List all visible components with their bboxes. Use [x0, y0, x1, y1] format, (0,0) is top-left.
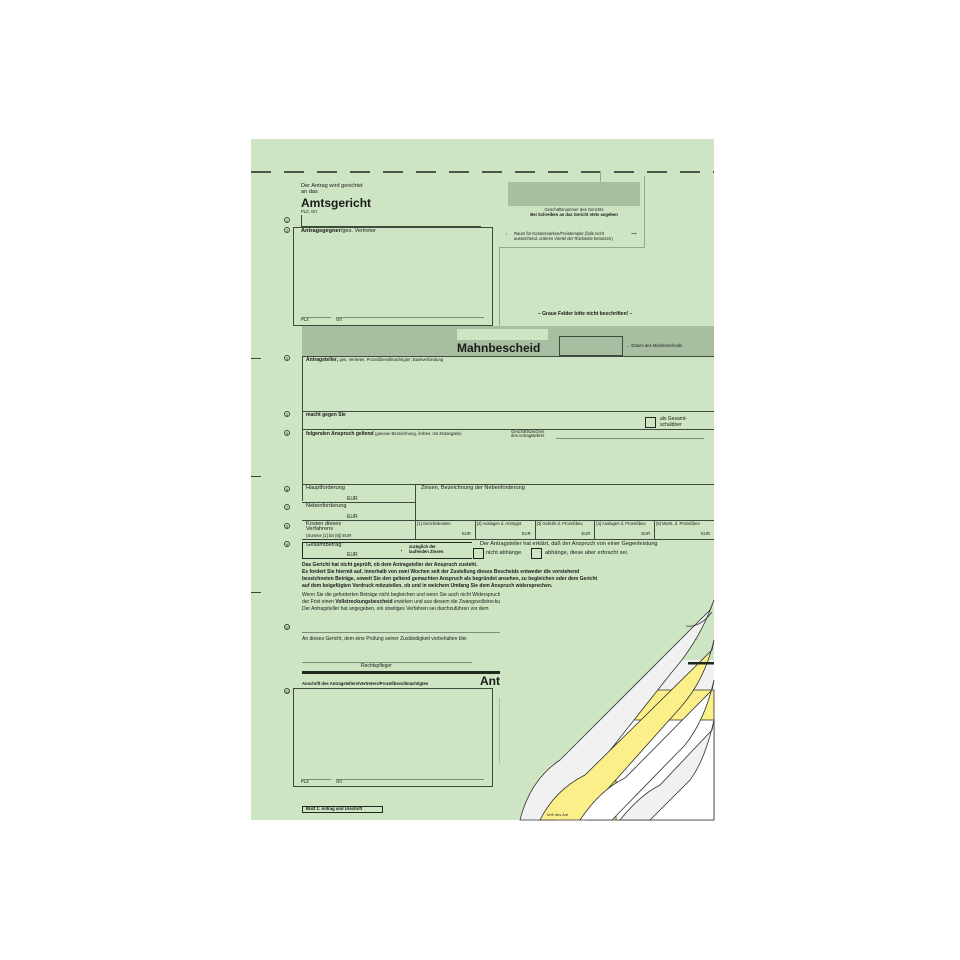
notice-line6: der Frist einen Vollstreckungsbescheid e… [302, 600, 529, 605]
notice-line6-bold: Vollstreckungsbescheid [335, 599, 392, 605]
cost-column-label: [3] Gebühr d. Prozeßbev. [537, 522, 584, 526]
divider [499, 247, 500, 331]
cost-column-currency: EUR [641, 532, 650, 536]
divider [301, 317, 331, 318]
field-number-2: 2 [284, 227, 290, 233]
court-line[interactable] [302, 632, 522, 633]
dependent-label: abhänge, diese aber erbracht sei. [545, 551, 628, 557]
fold-mark [251, 592, 261, 593]
not-dependent-label: nicht abhänge. [486, 551, 523, 557]
field-number-4: 4 [284, 411, 290, 417]
cost-column-currency: EUR [582, 532, 591, 536]
divider [336, 317, 484, 318]
reference-field[interactable] [556, 438, 704, 439]
cost-column-4[interactable]: [4] Auslagen d. Prozeßbev.EUR [595, 521, 652, 538]
interest-label: Zinsen, Bezeichnung der Nebenforderung [421, 486, 525, 492]
notice-line8: An dieses Gericht, dem eine Prüfung sein… [302, 637, 467, 642]
antrag-address-field[interactable] [293, 688, 493, 787]
respondent-plz-label: PLZ [301, 318, 309, 322]
grey-fields-note: – Graue Felder bitte nicht beschriften! … [538, 312, 632, 317]
notice-line2: Es fordert Sie hiermit auf, innerhalb vo… [302, 570, 579, 575]
dependent-checkbox[interactable] [531, 548, 542, 559]
field-number-8: 8 [284, 523, 290, 529]
court-title: Amtsgericht [301, 197, 371, 209]
cost-column-currency: EUR [462, 532, 471, 536]
respondent-label: Antragsgegner [301, 228, 341, 234]
mahnbescheid-title: Mahnbescheid [457, 342, 540, 354]
applicant-sublabel: ges. Vertreter, Prozeßbevollmächtigter; … [339, 357, 443, 362]
date-field [559, 336, 623, 356]
notice-line7: Der Antragsteller hat angegeben, ein str… [302, 607, 489, 612]
costs-sum-label: (Summe [1] bis [5]) EUR [306, 534, 351, 538]
signature-label: Rechtspfleger [361, 664, 392, 669]
field-number-3: 3 [284, 355, 290, 361]
respondent-sublabel: /ges. Vertreter [341, 228, 376, 234]
cost-column-1[interactable]: [1] GerichtskostenEUR [416, 521, 473, 538]
total-label: Gesamtbetrag [306, 543, 341, 549]
total-currency: EUR [347, 553, 358, 558]
respondent-label-wrap: Antragsgegner/ges. Vertreter [301, 229, 376, 235]
fold-mark [251, 476, 261, 477]
divider [302, 539, 714, 540]
notice-line3: bezeichneten Beträge, soweit Sie den gel… [302, 577, 597, 582]
cost-column-currency: EUR [701, 532, 710, 536]
divider [457, 329, 548, 340]
cost-column-3[interactable]: [3] Gebühr d. Prozeßbev.EUR [536, 521, 593, 538]
plus-interest-line2: laufenden Zinsen [409, 550, 443, 554]
joint-debtor-checkbox[interactable] [645, 417, 656, 428]
antrag-address-label: Anschrift des Antragstellers/Vertreters/… [302, 682, 428, 686]
fold-mark [251, 358, 261, 359]
addressed-to-line2: an das [301, 190, 318, 196]
main-claim-label: Hauptforderung [306, 486, 345, 492]
arrow-right-icon: ⟶ [631, 232, 637, 236]
stamp-note-line2: ausreichend, unteres Viertel der Rücksei… [514, 237, 613, 241]
notice-line1: Das Gericht hat nicht geprüft, ob dem An… [302, 563, 478, 568]
not-dependent-checkbox[interactable] [473, 548, 484, 559]
sheet-label: Blatt 1: Antrag und Urschrift [306, 807, 362, 811]
plz-ort-label: PLZ, Ort [301, 210, 317, 214]
respondent-ort-label: Ort [336, 318, 342, 322]
divider [415, 484, 416, 520]
claim-sublabel: (genaue Bezeichnung, insbes. mit Zeitang… [375, 431, 462, 436]
divider [302, 429, 714, 430]
respondent-field[interactable] [293, 227, 493, 326]
field-number-7: 7 [284, 504, 290, 510]
joint-debtor-line2: schuldner [660, 423, 682, 428]
applicant-label-wrap: Antragsteller, ges. Vertreter, Prozeßbev… [306, 358, 443, 363]
notice-line4: auf dem beigefügten Vordruck mitzuteilen… [302, 584, 552, 589]
field-number-5: 5 [284, 430, 290, 436]
field-number-1: 1 [284, 217, 290, 223]
ancillary-claim-label: Nebenforderung [306, 504, 346, 510]
page-curl-copies: hrift des Ant [500, 590, 720, 830]
peek-text: hrift des Ant [547, 812, 569, 817]
date-label: ← Datum des Mahnbescheids [626, 344, 682, 348]
cost-column-label: [4] Auslagen d. Prozeßbev. [596, 522, 646, 526]
perforation-line [251, 171, 714, 173]
date-label-text: Datum des Mahnbescheids [631, 343, 682, 348]
cost-column-currency: EUR [522, 532, 531, 536]
counter-performance-text: Der Antragsteller hat erklärt, daß der A… [480, 542, 658, 548]
field-number-9: 9 [284, 541, 290, 547]
notice-line6-pre: der Frist einen [302, 599, 335, 605]
claim-against-label: macht gegen Sie [306, 413, 346, 418]
costs-label-line2: Verfahrens [306, 527, 333, 533]
field-number-10: 10 [284, 624, 290, 630]
antrag-plz-label: PLZ [301, 780, 309, 784]
reference-label-line2: des Antragstellers [511, 434, 544, 438]
antrag-ort-label: Ort [336, 780, 342, 784]
cost-column-label: [5] MwSt. d. Prozeßbev. [656, 522, 700, 526]
arrow-down-icon: ↓ [505, 232, 507, 236]
cost-column-label: [2] Auslagen d. Antragst. [477, 522, 522, 526]
cost-column-2[interactable]: [2] Auslagen d. Antragst.EUR [476, 521, 533, 538]
claim-label: folgenden Anspruch geltend [306, 431, 374, 437]
claim-label-wrap: folgenden Anspruch geltend (genaue Bezei… [306, 432, 462, 437]
cost-column-label: [1] Gerichtskosten [417, 522, 451, 526]
divider [336, 779, 484, 780]
field-number-11: 11 [284, 688, 290, 694]
applicant-label: Antragsteller, [306, 357, 338, 363]
divider [302, 411, 714, 412]
divider [301, 215, 302, 226]
cost-column-5[interactable]: [5] MwSt. d. Prozeßbev.EUR [655, 521, 712, 538]
field-number-6: 6 [284, 486, 290, 492]
